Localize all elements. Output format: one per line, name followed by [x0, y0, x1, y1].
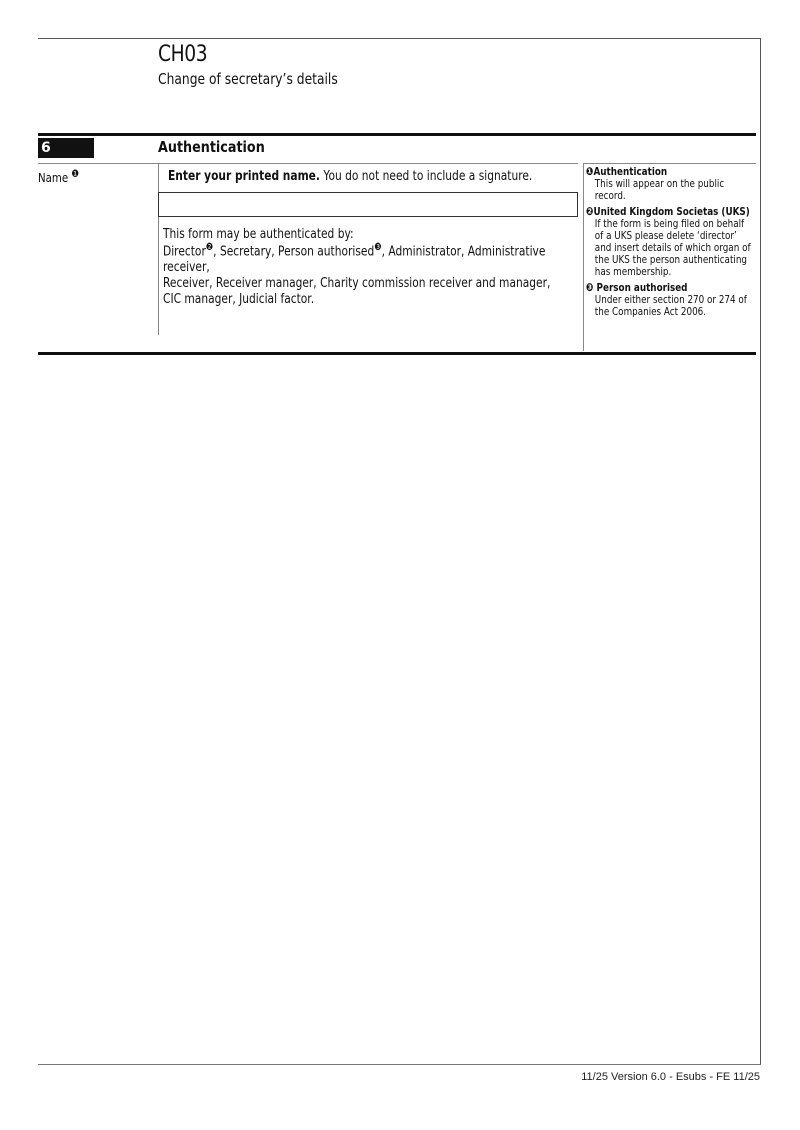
notes-rule: [583, 163, 756, 164]
notes-divider: [583, 163, 584, 351]
footer-version: 11/25 Version 6.0 - Esubs - FE 11/25: [581, 1071, 760, 1083]
name-label-rule: [38, 163, 158, 164]
section-title: Authentication: [158, 138, 265, 156]
page-top-border: [38, 38, 761, 39]
note-1-marker-icon: ❶: [71, 170, 79, 180]
form-title: Change of secretary’s details: [158, 70, 338, 88]
field-area-divider: [158, 163, 159, 335]
section-number: 6: [38, 138, 94, 158]
note-person-authorised: ❸ Person authorised Under either section…: [586, 282, 754, 318]
field-area-rule: [158, 163, 578, 164]
note-3-body: Under either section 270 or 274 of the C…: [586, 294, 754, 318]
note-uks: ❷United Kingdom Societas (UKS) If the fo…: [586, 206, 754, 278]
person-authorised-text: , Secretary, Person authorised: [213, 244, 374, 259]
page-bottom-border: [38, 1064, 761, 1065]
authenticated-by-line-2: Receiver, Receiver manager, Charity comm…: [163, 276, 557, 292]
form-code: CH03: [158, 42, 207, 67]
name-label-text: Name: [38, 171, 68, 185]
printed-name-input[interactable]: [158, 192, 578, 217]
director-text: Director: [163, 244, 206, 259]
page-right-border: [760, 38, 761, 1065]
authenticated-by-intro: This form may be authenticated by:: [163, 227, 557, 243]
name-instruction: Enter your printed name. You do not need…: [168, 169, 532, 184]
section-divider: [38, 133, 756, 136]
note-2-body: If the form is being filed on behalf of …: [586, 218, 754, 278]
note-authentication: ❶Authentication This will appear on the …: [586, 166, 754, 202]
note-1-body: This will appear on the public record.: [586, 178, 754, 202]
section-end-divider: [38, 352, 756, 355]
authenticated-by-line-3: CIC manager, Judicial factor.: [163, 292, 557, 308]
authenticated-by-line-1: Director❷, Secretary, Person authorised❸…: [163, 243, 557, 276]
notes-panel: ❶Authentication This will appear on the …: [586, 166, 754, 322]
name-instruction-bold: Enter your printed name.: [168, 169, 320, 184]
name-instruction-rest: You do not need to include a signature.: [320, 169, 532, 184]
authenticated-by-text: This form may be authenticated by: Direc…: [163, 227, 557, 308]
name-label: Name ❶: [38, 170, 79, 185]
note-3-marker-icon: ❸: [374, 243, 381, 253]
